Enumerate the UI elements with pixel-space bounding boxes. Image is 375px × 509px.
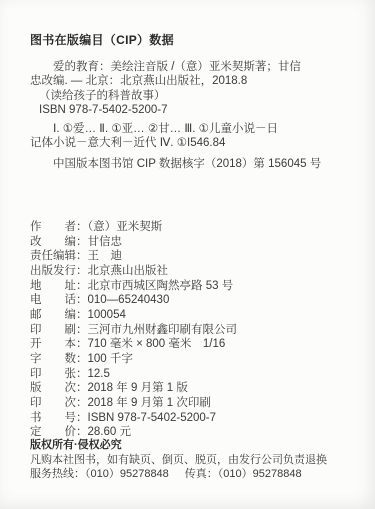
colophon-label: 印 张： [30,368,88,380]
cip-entry-line-1: 爱的教育：美绘注音版 /（意）亚米契斯著；甘信 [30,60,359,75]
cip-series-line: （读给孩子的科普故事） [30,89,359,104]
colophon-label: 印 次： [30,397,88,409]
rights-notice: 版权所有·侵权必究 [30,438,365,452]
colophon-label: 版 次： [30,382,88,394]
colophon-block: 作 者：（意）亚米契斯 改 编：甘信忠 责任编辑：王 迪 出版发行：北京燕山出版… [30,220,365,440]
colophon-row-impression: 印 次：2018 年 9 月第 1 次印刷 [30,396,365,411]
colophon-row-adapter: 改 编：甘信忠 [30,235,365,250]
colophon-label: 改 编： [30,236,88,248]
colophon-value: 北京市西城区陶然亭路 53 号 [88,280,234,292]
service-hotline: 服务热线：（010）95278848 [30,468,169,480]
colophon-row-format: 开 本：710 毫米 × 800 毫米 1/16 [30,337,365,352]
colophon-value: ISBN 978-7-5402-5200-7 [88,412,217,424]
copyright-page: 图书在版编目（CIP）数据 爱的教育：美绘注音版 /（意）亚米契斯著；甘信 忠改… [0,0,375,509]
cip-record-line: 中国版本图书馆 CIP 数据核字（2018）第 156045 号 [30,157,359,172]
colophon-label: 印 刷： [30,324,88,336]
colophon-value: 三河市九州财鑫印刷有限公司 [88,324,238,336]
colophon-label: 定 价： [30,426,88,438]
cip-header: 图书在版编目（CIP）数据 [30,33,359,48]
colophon-value: 北京燕山出版社 [88,265,169,277]
colophon-value: 2018 年 9 月第 1 次印刷 [88,397,211,409]
colophon-label: 作 者： [30,221,88,233]
colophon-value: 100054 [88,309,126,321]
colophon-row-author: 作 者：（意）亚米契斯 [30,220,365,235]
colophon-row-printer: 印 刷：三河市九州财鑫印刷有限公司 [30,323,365,338]
cip-class-line-2: 记体小说－意大利－近代 Ⅳ. ①I546.84 [30,136,359,151]
colophon-row-edition: 版 次：2018 年 9 月第 1 版 [30,381,365,396]
colophon-label: 出版发行： [30,265,88,277]
colophon-value: 710 毫米 × 800 毫米 1/16 [88,338,226,350]
contact-line: 服务热线：（010）95278848传真：（010）95278848 [30,467,365,481]
colophon-row-address: 地 址：北京市西城区陶然亭路 53 号 [30,279,365,294]
colophon-label: 地 址： [30,280,88,292]
colophon-label: 电 话： [30,294,88,306]
colophon-row-editor: 责任编辑：王 迪 [30,249,365,264]
colophon-label: 书 号： [30,412,88,424]
colophon-value: 王 迪 [88,250,123,262]
colophon-value: （意）亚米契斯 [88,221,163,233]
colophon-value: 010—65240430 [88,294,170,306]
colophon-value: 28.60 元 [88,426,131,438]
colophon-row-phone: 电 话：010—65240430 [30,293,365,308]
colophon-value: 2018 年 9 月第 1 版 [88,382,188,394]
colophon-row-publisher: 出版发行：北京燕山出版社 [30,264,365,279]
colophon-row-postcode: 邮 编：100054 [30,308,365,323]
colophon-label: 邮 编： [30,309,88,321]
fax-number: 传真：（010）95278848 [185,468,302,480]
colophon-value: 100 千字 [88,353,133,365]
colophon-label: 字 数： [30,353,88,365]
colophon-row-sheets: 印 张：12.5 [30,367,365,382]
return-policy-notice: 凡购本社图书，如有缺页、倒页、脱页，由发行公司负责退换 [30,453,365,467]
colophon-label: 开 本： [30,338,88,350]
footer-block: 版权所有·侵权必究 凡购本社图书，如有缺页、倒页、脱页，由发行公司负责退换 服务… [30,438,365,481]
cip-block: 图书在版编目（CIP）数据 爱的教育：美绘注音版 /（意）亚米契斯著；甘信 忠改… [30,33,359,171]
colophon-row-isbn: 书 号：ISBN 978-7-5402-5200-7 [30,411,365,426]
colophon-value: 12.5 [88,368,110,380]
cip-isbn-line: ISBN 978-7-5402-5200-7 [30,103,359,118]
cip-class-line-1: Ⅰ. ①爱… Ⅱ. ①亚… ②甘… Ⅲ. ①儿童小说－日 [30,122,359,137]
colophon-label: 责任编辑： [30,250,88,262]
colophon-row-wordcount: 字 数：100 千字 [30,352,365,367]
cip-entry-line-2: 忠改编. — 北京：北京燕山出版社，2018.8 [30,74,359,89]
colophon-value: 甘信忠 [88,236,123,248]
